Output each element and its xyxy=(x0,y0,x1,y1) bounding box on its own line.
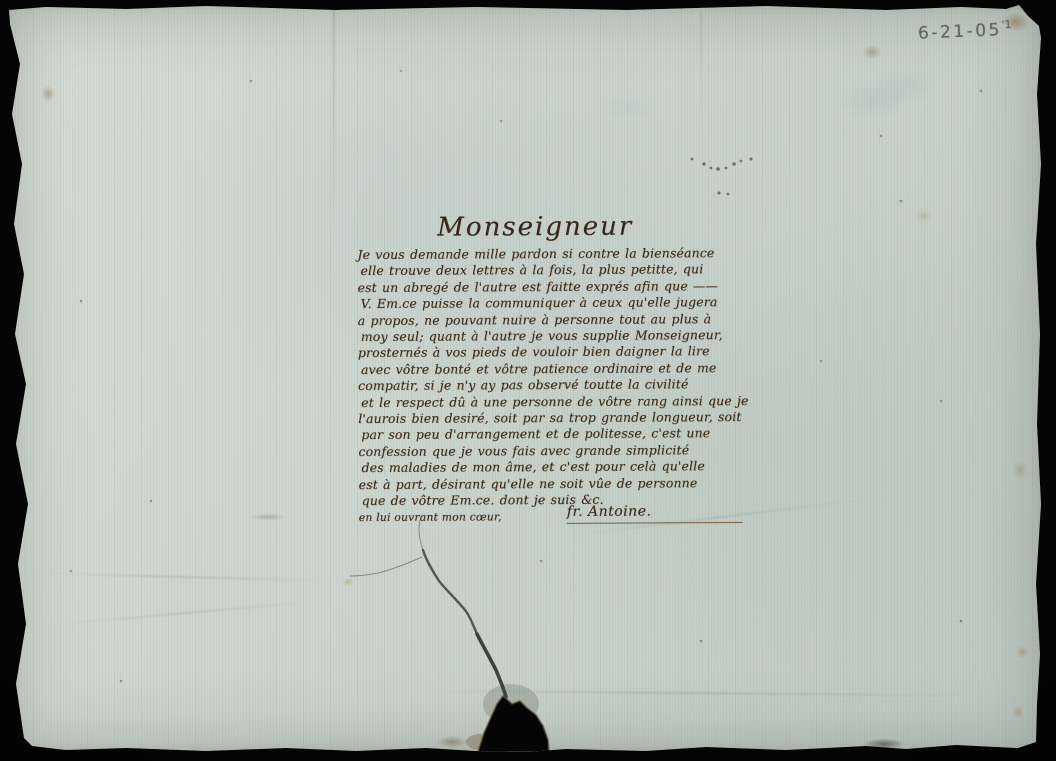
paper-crease xyxy=(386,689,996,696)
letter-line: des maladies de mon âme, et c'est pour c… xyxy=(361,458,742,476)
tear-branch-crack xyxy=(350,557,422,576)
letter-salutation: Monseigneur xyxy=(437,211,741,243)
tear-main-crack xyxy=(423,550,506,696)
letter-line: compatir, si je n'y ay pas observé toutt… xyxy=(358,376,742,394)
letter-line: avec vôtre bonté et vôtre patience ordin… xyxy=(361,360,742,378)
letter-line: l'aurois bien desiré, soit par sa trop g… xyxy=(358,409,742,427)
ink-specks xyxy=(6,4,8,6)
letter-line: prosternés à vos pieds de vouloir bien d… xyxy=(358,343,742,361)
paper-hole xyxy=(478,696,549,752)
letter-line: moy seul; quant à l'autre je vous suppli… xyxy=(361,327,742,345)
letter-line: et le respect dû à une personne de vôtre… xyxy=(361,393,742,411)
letter-line: a propos, ne pouvant nuire à personne to… xyxy=(358,311,742,329)
paper-crease xyxy=(700,10,702,140)
letter-line: elle trouve deux lettres à la fois, la p… xyxy=(360,261,741,279)
letter-closing-row: en lui ouvrant mon cœur, fr. Antoine. xyxy=(359,508,743,530)
tear-rim-stain xyxy=(466,734,494,750)
paper-crease xyxy=(34,572,334,582)
letter-line: est un abregé de l'autre est faitte expr… xyxy=(358,278,742,296)
tear-main-crack-dark xyxy=(477,634,506,697)
letter-line: V. Em.ce puisse la communiquer à ceux qu… xyxy=(361,294,742,312)
letter-line: confession que je vous fais avec grande … xyxy=(358,442,742,460)
archival-number: 6-21-05'1 xyxy=(918,18,1013,44)
archival-number-main: 6-21-05 xyxy=(918,20,1003,44)
letter-closing: en lui ouvrant mon cœur, xyxy=(359,510,502,524)
photo-stage: 6-21-05'1 Monseigneur Je vous demande mi… xyxy=(0,0,1056,761)
letter-body: Je vous demande mille pardon si contre l… xyxy=(357,245,742,510)
letter-text-block: Monseigneur Je vous demande mille pardon… xyxy=(357,211,743,531)
letter-line: par son peu d'arrangement et de politess… xyxy=(361,425,742,443)
paper-crease xyxy=(333,8,335,223)
letter-line: est à part, désirant qu'elle ne soit vûe… xyxy=(359,475,743,493)
manuscript-paper: 6-21-05'1 Monseigneur Je vous demande mi… xyxy=(6,4,1043,752)
tear-shadow xyxy=(483,684,539,724)
letter-signature: fr. Antoine. xyxy=(567,502,743,523)
paper-crease xyxy=(46,600,325,626)
archival-number-sup: '1 xyxy=(1001,18,1012,31)
letter-line: Je vous demande mille pardon si contre l… xyxy=(357,245,741,263)
